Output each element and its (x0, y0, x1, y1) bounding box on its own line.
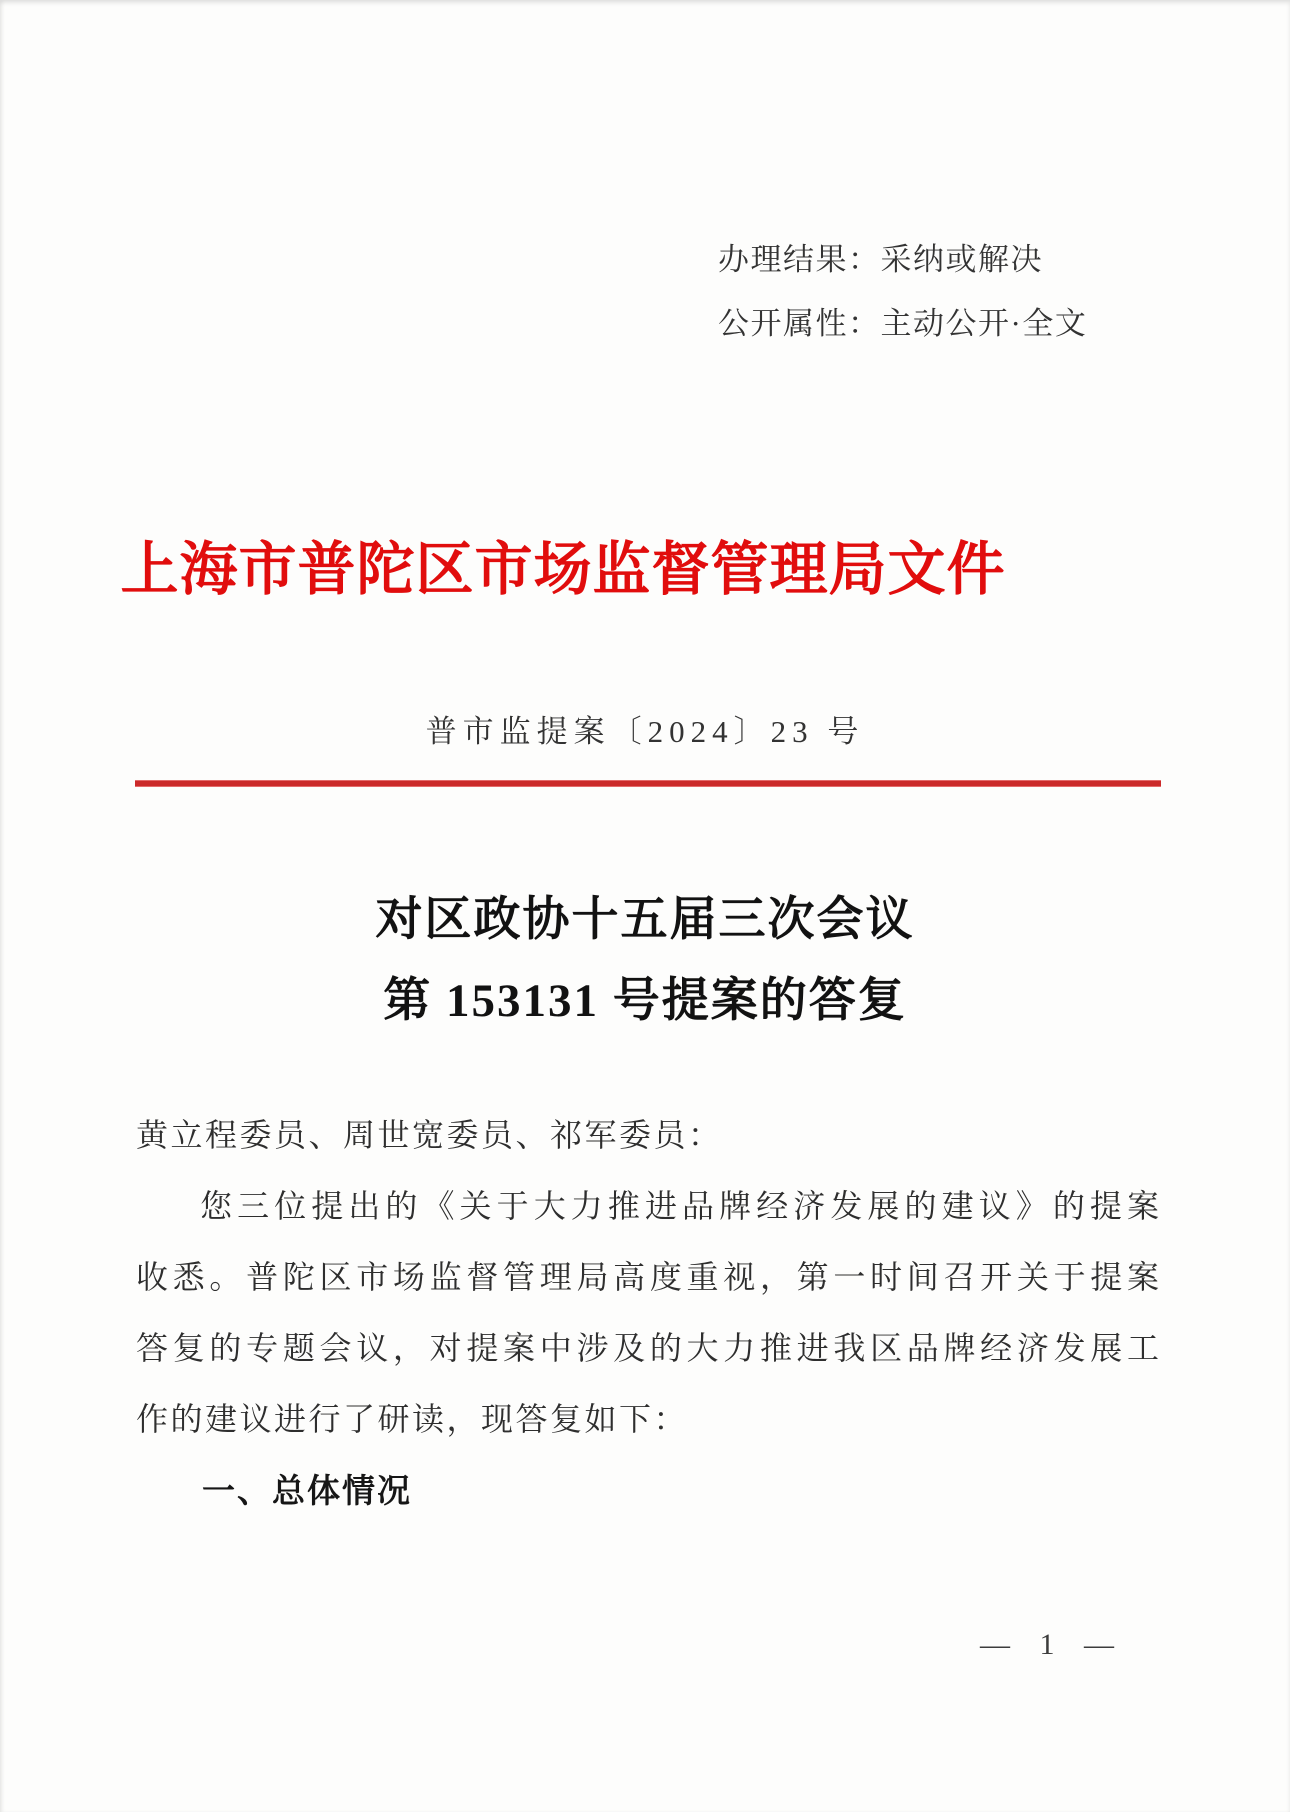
meta-block: 办理结果：采纳或解决 公开属性：主动公开·全文 (718, 228, 1087, 356)
red-divider-rule (135, 780, 1161, 787)
document-title-line-2: 第 153131 号提案的答复 (0, 961, 1290, 1042)
body-line: 收悉。普陀区市场监督管理局高度重视，第一时间召开关于提案 (136, 1242, 1159, 1313)
salutation: 黄立程委员、周世宽委员、祁军委员： (136, 1100, 1159, 1171)
body-line: 答复的专题会议，对提案中涉及的大力推进我区品牌经济发展工 (136, 1313, 1159, 1384)
body-line: 作的建议进行了研读，现答复如下： (136, 1384, 1159, 1455)
body-text: 黄立程委员、周世宽委员、祁军委员： 您三位提出的《关于大力推进品牌经济发展的建议… (136, 1100, 1159, 1526)
document-title-line-1: 对区政协十五届三次会议 (0, 880, 1290, 961)
section-heading: 一、总体情况 (136, 1455, 1159, 1526)
doc-number: 普市监提案〔2024〕23 号 (0, 706, 1290, 751)
document-page: 办理结果：采纳或解决 公开属性：主动公开·全文 上海市普陀区市场监督管理局文件 … (0, 0, 1290, 1812)
meta-result-line: 办理结果：采纳或解决 (718, 228, 1087, 292)
agency-banner-title: 上海市普陀区市场监督管理局文件 (0, 522, 1126, 606)
body-line: 您三位提出的《关于大力推进品牌经济发展的建议》的提案 (136, 1171, 1159, 1242)
document-title: 对区政协十五届三次会议 第 153131 号提案的答复 (0, 880, 1290, 1042)
meta-publicity-line: 公开属性：主动公开·全文 (718, 292, 1087, 356)
page-number: — 1 — (980, 1628, 1120, 1662)
